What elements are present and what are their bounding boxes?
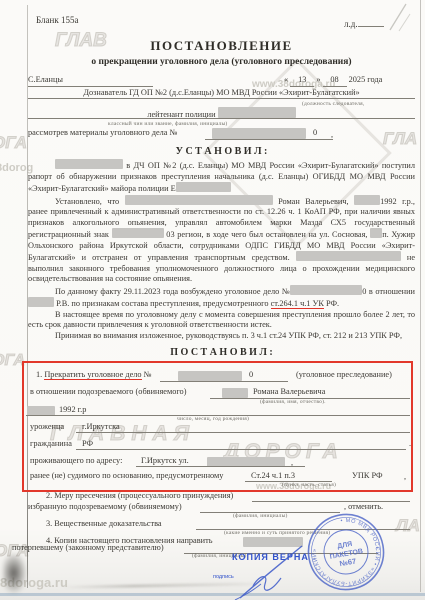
birth-caption: число, месяц, год рождения): [177, 416, 249, 422]
redaction-block: [28, 297, 54, 307]
re-value: Романа Валерьевича: [253, 387, 325, 396]
rank-caption: классный чин или звание, фамилия, инициа…: [108, 121, 227, 127]
round-stamp-line3: №67: [339, 556, 357, 568]
text-segment: Роман Валерьевич,: [273, 197, 354, 206]
established-section-text: в ДЧ ОП №2 (д.с. Еланцы) МО МВД России «…: [28, 159, 415, 346]
heading-ustanovil: У С Т А Н О В И Л :: [28, 146, 415, 157]
born-label: уроженца: [30, 422, 64, 431]
text-segment: Установлено, что: [55, 197, 125, 206]
text-segment: 03 регион, в ходе чего был остановлен на…: [164, 230, 371, 239]
text-segment: Р.В. по признакам состава преступления, …: [54, 299, 271, 308]
redaction-block: [178, 371, 242, 381]
form-line: [28, 118, 415, 119]
date-month-blank: 08: [323, 75, 347, 87]
redaction-block: [55, 159, 123, 169]
text-segment: РФ.: [324, 299, 339, 308]
scanned-document-page: ГЛАВ ГЛА ОГА 8dorog www.38doroga.ru ОГА …: [0, 0, 425, 600]
red-underlined-text: ст.264.1 ч.1 УК: [271, 299, 324, 309]
redaction-block: [112, 228, 164, 238]
record-label: ранее (не) судимого по основанию, предус…: [30, 471, 223, 480]
item1-digit: 0: [249, 370, 253, 379]
body-paragraph: Принимая во внимания изложенное, руковод…: [28, 331, 415, 342]
citizen-period: .: [409, 439, 411, 448]
item1-action-red-underlined: Прекратить уголовное дело: [44, 370, 141, 380]
case-number-comma: ,: [331, 130, 333, 139]
date-open-quote: «: [284, 75, 288, 84]
body-paragraph: По данному факту 29.11.2023 года возбужд…: [28, 285, 415, 310]
re-caption: (фамилия, имя, отчество).: [260, 399, 326, 405]
form-line: [252, 501, 410, 502]
body-paragraph: Установлено, что Роман Валерьевич, 1992 …: [28, 195, 415, 285]
resolution-item-3: 3. Вещественные доказательства: [46, 519, 162, 528]
date-day-blank: 13: [290, 75, 314, 87]
date-month: 08: [330, 75, 338, 84]
round-stamp: • МО МВД РОССИИ • «ЭХИРИТ-БУЛАГАТСКИЙ» Д…: [293, 499, 400, 600]
round-stamp-line1: ДЛЯ: [337, 541, 353, 550]
redaction-block: [222, 388, 248, 398]
address-label: проживающего по адресу:: [30, 456, 122, 465]
item2-line2: избранную подозреваемому (обвиняемому): [28, 502, 182, 511]
text-segment: По данному факту 29.11.2023 года возбужд…: [55, 287, 290, 296]
document-subtitle: о прекращении уголовного дела (уголовног…: [28, 57, 415, 67]
date-close-quote: »: [316, 75, 320, 84]
place-blank: С.Еланцы: [28, 75, 153, 87]
record-comma: ,: [404, 472, 406, 481]
body-paragraph: в ДЧ ОП №2 (д.с. Еланцы) МО МВД России «…: [28, 159, 415, 195]
form-line: [76, 449, 406, 450]
scan-smudge: [3, 552, 27, 594]
item1-tail: (уголовное преследование): [296, 370, 392, 379]
case-number-label: рассмотрев материалы уголовного дела №: [28, 128, 177, 137]
place-value: С.Еланцы: [28, 75, 63, 84]
item4-line2: потерпевшему (законному представителю): [12, 543, 164, 552]
redaction-block: [212, 128, 306, 139]
investigator-line: Дознаватель ГД ОП №2 (д.с.Еланцы) МО МВД…: [28, 88, 415, 99]
heading-postanovil: П О С Т А Н О В И Л :: [28, 347, 415, 358]
redaction-block: [296, 251, 401, 261]
case-number-blank: [205, 139, 333, 140]
document-title: ПОСТАНОВЛЕНИЕ: [28, 38, 415, 54]
text-segment: 0 в отношении: [362, 287, 415, 296]
record-code: УПК РФ: [352, 471, 383, 480]
date-day: 13: [298, 75, 306, 84]
sheet-number-label: л.д.: [344, 17, 384, 29]
body-paragraph: В настоящее время по уголовному делу с м…: [28, 310, 415, 331]
record-caption: (пункт, часть, статья): [282, 482, 336, 488]
item1-number: 1.: [36, 370, 42, 379]
form-line: [160, 381, 288, 382]
text-segment: В настоящее время по уголовному делу с м…: [28, 310, 415, 330]
form-line: [136, 466, 305, 467]
place-field: С.Еланцы: [28, 75, 153, 87]
record-value: Ст.24 ч.1 п.3: [251, 471, 295, 480]
address-value: Г.Иркутск ул.: [141, 456, 189, 465]
redaction-block: [218, 107, 296, 118]
redaction-block: [354, 195, 380, 205]
resolution-item-1: 1. Прекратить уголовное дело №: [36, 370, 152, 379]
text-segment: Принимая во внимания изложенное, руковод…: [55, 331, 402, 340]
date-year: 2025 года: [349, 75, 383, 84]
form-number: Бланк 155а: [36, 15, 78, 25]
item1-no-sign: №: [144, 370, 152, 379]
form-line: [76, 432, 410, 433]
redaction-block: [176, 182, 231, 192]
item2-caption: (фамилия, инициалы): [233, 513, 288, 519]
resolution-item-2: 2. Меру пресечения (процессуального прин…: [46, 491, 233, 500]
born-value: г.Иркутска: [82, 422, 120, 431]
redaction-block: [125, 195, 273, 205]
sheet-label-text: л.д.: [344, 19, 358, 29]
re-label: в отношении подозреваемого (обвиняемого): [30, 387, 186, 396]
redaction-block: [290, 285, 362, 295]
citizen-value: РФ: [82, 439, 93, 448]
birth-value: 1992 г.р: [59, 405, 86, 414]
date-field: « 13 » 08 2025 года: [284, 75, 382, 87]
redaction-block: [370, 228, 382, 238]
citizen-label: гражданина: [30, 439, 72, 448]
sheet-number-blank: [358, 17, 384, 27]
case-number-digit: 0: [313, 128, 317, 137]
